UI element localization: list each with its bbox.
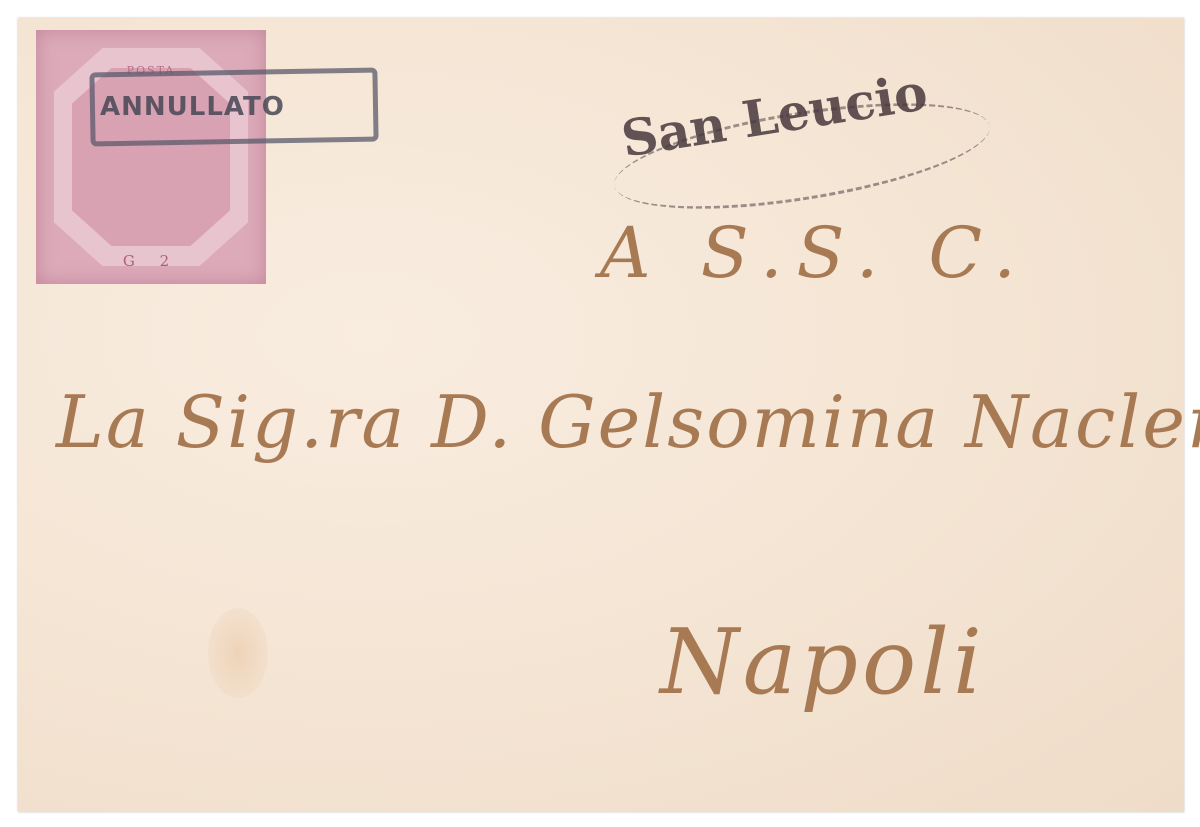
address-city: Napoli — [660, 610, 986, 715]
paper-stain — [208, 608, 268, 698]
postage-stamp: POSTA G 2 — [36, 30, 266, 284]
cancellation-text: ANNULLATO — [100, 92, 285, 122]
address-honorific: A S.S. C. — [600, 212, 1030, 294]
stamp-value: G 2 — [36, 252, 266, 270]
address-recipient: La Sig.ra D. Gelsomina Naclerio — [56, 380, 1200, 464]
